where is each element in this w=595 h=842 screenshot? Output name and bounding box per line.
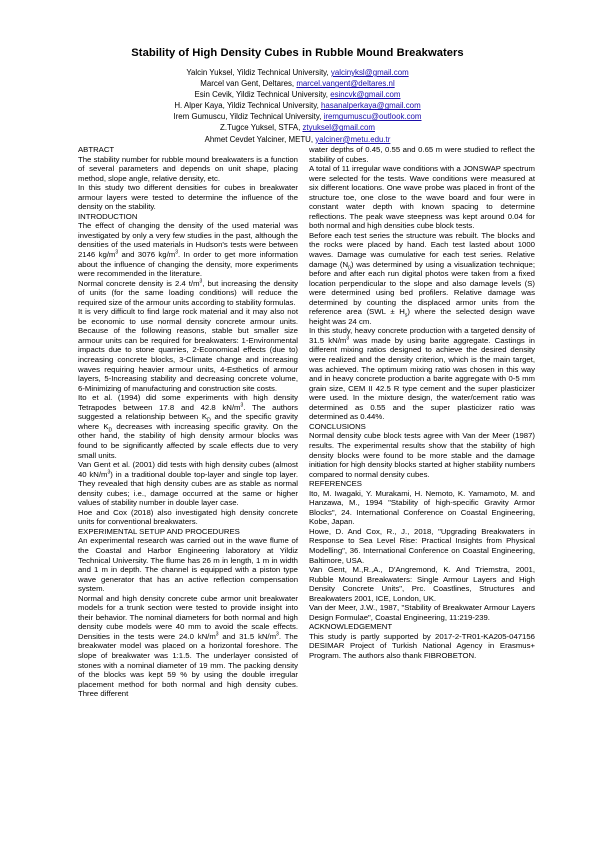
author-email-link[interactable]: esincvk@gmail.com — [330, 90, 400, 99]
body-paragraph: Hoe and Cox (2018) also investigated hig… — [78, 508, 298, 527]
introduction-heading: INTRODUCTION — [78, 212, 298, 222]
right-column: water depths of 0.45, 0.55 and 0.65 m we… — [309, 145, 535, 661]
author-affiliation: Yalcin Yuksel, Yildiz Technical Universi… — [186, 68, 331, 77]
author-line: Yalcin Yuksel, Yildiz Technical Universi… — [0, 67, 595, 78]
author-email-link[interactable]: iremgumuscu@outlook.com — [324, 112, 422, 121]
body-paragraph: Ito et al. (1994) did some experiments w… — [78, 393, 298, 460]
author-affiliation: Z.Tugce Yuksel, STFA, — [220, 123, 302, 132]
abstract-paragraph: The stability number for rubble mound br… — [78, 155, 298, 184]
author-email-link[interactable]: hasanalperkaya@gmail.com — [321, 101, 421, 110]
body-paragraph: In this study, heavy concrete production… — [309, 326, 535, 421]
author-line: Marcel van Gent, Deltares, marcel.vangen… — [0, 78, 595, 89]
acknowledgement-heading: ACKNOWLEDGEMENT — [309, 622, 535, 632]
reference-item: Van der Meer, J.W., 1987, "Stability of … — [309, 603, 535, 622]
author-line: Esin Cevik, Yildiz Technical University,… — [0, 89, 595, 100]
left-column: ABTRACT The stability number for rubble … — [78, 145, 298, 699]
body-paragraph: A total of 11 irregular wave conditions … — [309, 164, 535, 231]
author-email-link[interactable]: ztyuksel@gmail.com — [302, 123, 374, 132]
author-list: Yalcin Yuksel, Yildiz Technical Universi… — [0, 67, 595, 145]
author-affiliation: Ahmet Cevdet Yalciner, METU, — [205, 135, 316, 144]
body-paragraph: water depths of 0.45, 0.55 and 0.65 m we… — [309, 145, 535, 164]
author-affiliation: Irem Gumuscu, Yildiz Technical Universit… — [173, 112, 323, 121]
reference-item: Ito, M. Iwagaki, Y. Murakami, H. Nemoto,… — [309, 489, 535, 527]
body-paragraph: The effect of changing the density of th… — [78, 221, 298, 278]
author-affiliation: Marcel van Gent, Deltares, — [200, 79, 296, 88]
references-heading: REFERENCES — [309, 479, 535, 489]
body-paragraph: Normal and high density concrete cube ar… — [78, 594, 298, 699]
conclusions-heading: CONCLUSIONS — [309, 422, 535, 432]
abstract-heading: ABTRACT — [78, 145, 298, 155]
author-affiliation: Esin Cevik, Yildiz Technical University, — [195, 90, 331, 99]
author-line: H. Alper Kaya, Yildiz Technical Universi… — [0, 100, 595, 111]
abstract-paragraph: In this study two different densities fo… — [78, 183, 298, 212]
author-affiliation: H. Alper Kaya, Yildiz Technical Universi… — [174, 101, 321, 110]
body-paragraph: This study is partly supported by 2017-2… — [309, 632, 535, 661]
body-paragraph: An experimental research was carried out… — [78, 536, 298, 593]
setup-heading: EXPERIMENTAL SETUP AND PROCEDURES — [78, 527, 298, 537]
body-paragraph: Van Gent et al. (2001) did tests with hi… — [78, 460, 298, 508]
reference-item: Van Gent, M.,R.,A., D'Angremond, K. And … — [309, 565, 535, 603]
author-email-link[interactable]: yalciner@metu.edu.tr — [315, 135, 390, 144]
author-line: Z.Tugce Yuksel, STFA, ztyuksel@gmail.com — [0, 122, 595, 133]
paper-title: Stability of High Density Cubes in Rubbl… — [0, 47, 595, 59]
reference-item: Howe, D. And Cox, R., J., 2018, "Upgradi… — [309, 527, 535, 565]
author-line: Irem Gumuscu, Yildiz Technical Universit… — [0, 111, 595, 122]
body-paragraph: Normal concrete density is 2.4 t/m3, but… — [78, 279, 298, 308]
body-paragraph: Before each test series the structure wa… — [309, 231, 535, 326]
body-paragraph: Normal density cube block tests agree wi… — [309, 431, 535, 479]
body-paragraph: It is very difficult to find large rock … — [78, 307, 298, 393]
author-email-link[interactable]: yalcinyksl@gmail.com — [331, 68, 409, 77]
author-email-link[interactable]: marcel.vangent@deltares.nl — [296, 79, 394, 88]
author-line: Ahmet Cevdet Yalciner, METU, yalciner@me… — [0, 134, 595, 145]
